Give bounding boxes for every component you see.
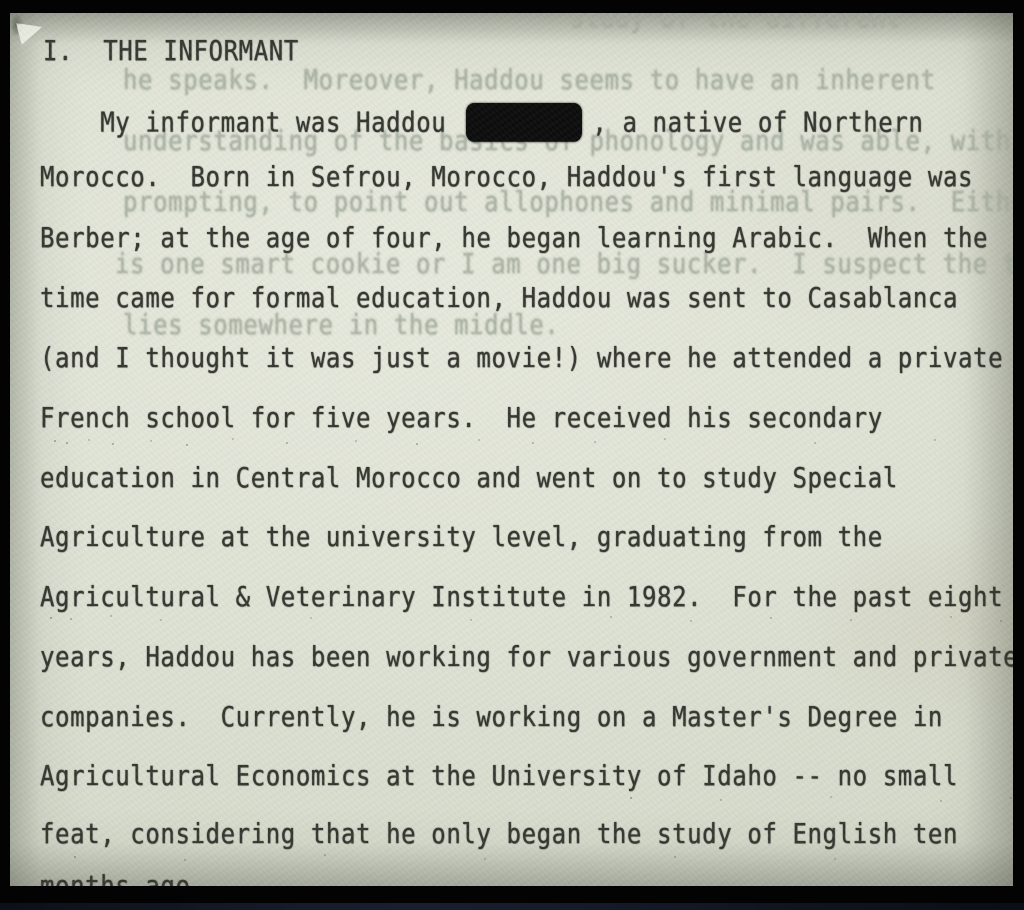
typed-line: education in Central Morocco and went on… bbox=[40, 464, 898, 491]
ghost-line: lies somewhere in the middle. bbox=[123, 311, 559, 338]
typed-line: French school for five years. He receive… bbox=[40, 404, 883, 431]
typed-line: Agricultural Economics at the University… bbox=[40, 762, 958, 789]
ghost-line: he speaks. Moreover, Haddou seems to hav… bbox=[123, 66, 936, 93]
typed-line: companies. Currently, he is working on a… bbox=[40, 703, 943, 730]
typed-line-redacted: My informant was Haddou, a native of Nor… bbox=[40, 103, 923, 142]
typed-line: (and I thought it was just a movie!) whe… bbox=[40, 344, 1003, 371]
ghost-line: is one smart cookie or I am one big suck… bbox=[115, 250, 1013, 277]
typed-line: Agriculture at the university level, gra… bbox=[40, 523, 883, 550]
typed-line: time came for formal education, Haddou w… bbox=[40, 284, 958, 311]
typed-line: years, Haddou has been working for vario… bbox=[40, 643, 1013, 670]
ink-specks bbox=[630, 797, 632, 799]
ink-specks bbox=[50, 617, 52, 619]
typed-line: Morocco. Born in Sefrou, Morocco, Haddou… bbox=[40, 163, 973, 190]
ghost-line: study of the different bbox=[570, 13, 901, 31]
redaction-box bbox=[466, 103, 582, 142]
typewritten-page: study of the different he speaks. Moreov… bbox=[10, 13, 1013, 886]
typed-line: Agricultural & Veterinary Institute in 1… bbox=[40, 583, 1003, 610]
ink-specks bbox=[54, 440, 56, 442]
typed-line: feat, considering that he only began the… bbox=[40, 820, 958, 847]
typed-text: My informant was Haddou bbox=[40, 106, 446, 138]
section-heading: I. THE INFORMANT bbox=[43, 37, 299, 64]
typed-line: Berber; at the age of four, he began lea… bbox=[40, 224, 988, 251]
typed-text: , a native of Northern bbox=[592, 106, 923, 138]
typed-line: months ago. bbox=[40, 872, 206, 886]
ink-specks bbox=[74, 856, 76, 858]
photo-edge-tint bbox=[0, 903, 1024, 910]
document-photo: study of the different he speaks. Moreov… bbox=[0, 0, 1024, 910]
